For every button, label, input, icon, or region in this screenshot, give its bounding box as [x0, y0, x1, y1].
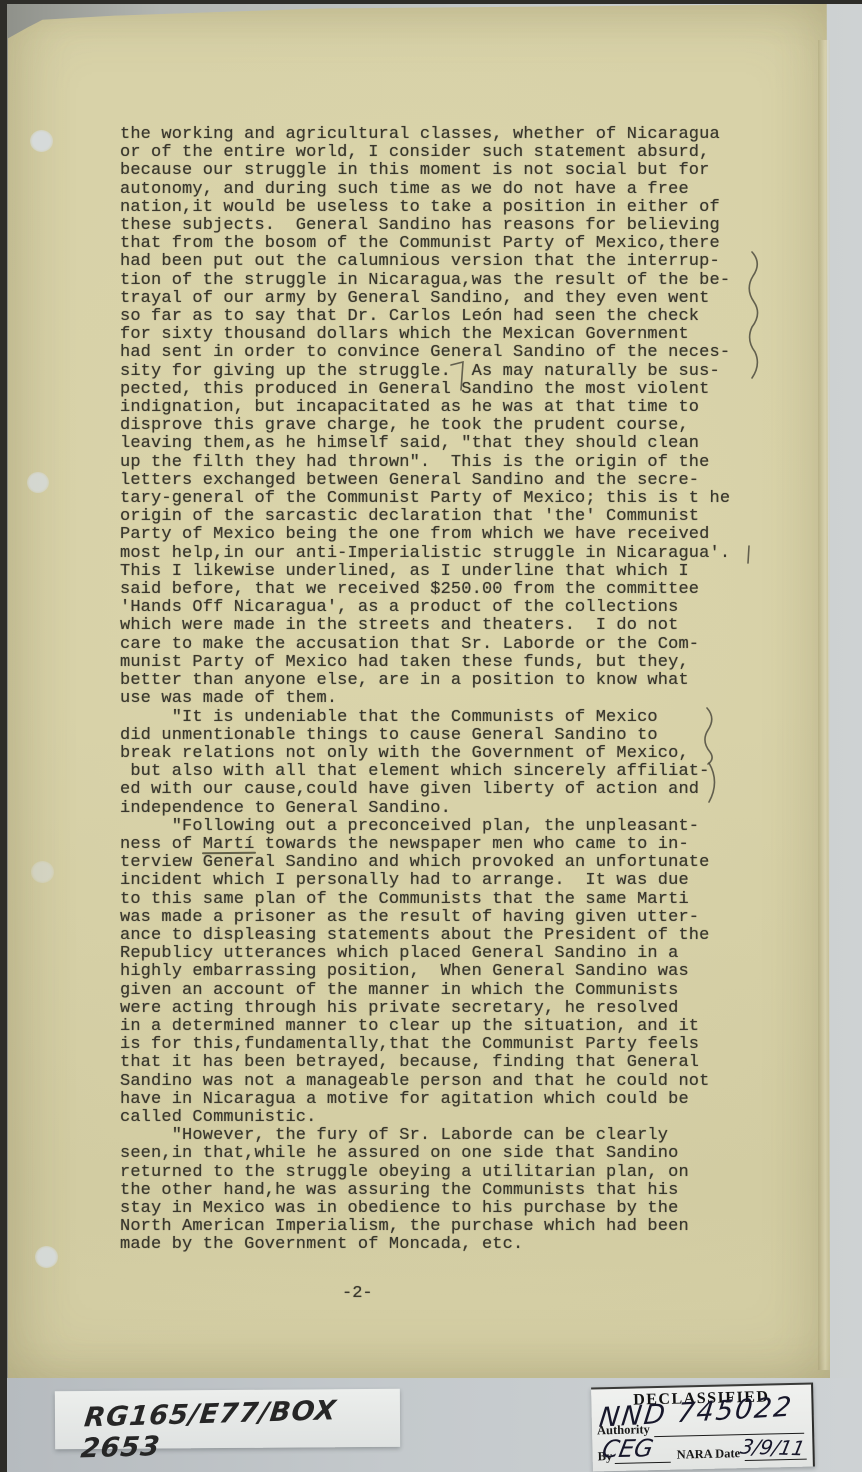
typed-line: for sixty thousand dollars which the Mex… — [120, 326, 780, 344]
typed-line: so far as to say that Dr. Carlos León ha… — [120, 308, 780, 326]
typed-line: in a determined manner to clear up the s… — [120, 1018, 780, 1036]
typed-line: Republicy utterances which placed Genera… — [120, 945, 780, 963]
nara-date-label: NARA Date — [676, 1446, 740, 1462]
typed-line: autonomy, and during such time as we do … — [120, 181, 780, 199]
typed-line: ed with our cause,could have given liber… — [120, 781, 780, 799]
typed-line: because our struggle in this moment is n… — [120, 162, 780, 180]
typed-line: highly embarrassing position, When Gener… — [120, 963, 780, 981]
typed-line: indignation, but incapacitated as he was… — [120, 399, 780, 417]
typed-line: pected, this produced in General Sandino… — [120, 381, 780, 399]
typed-line: trayal of our army by General Sandino, a… — [120, 290, 780, 308]
archive-label-handwriting: RG165/E77/BOX 2653 — [79, 1393, 404, 1464]
typed-line: tary-general of the Communist Party of M… — [120, 490, 780, 508]
typed-line: did unmentionable things to cause Genera… — [120, 727, 780, 745]
typed-line: incident which I personally had to arran… — [120, 872, 780, 890]
typed-line: terview General Sandino and which provok… — [120, 854, 780, 872]
typed-line: that it has been betrayed, because, find… — [120, 1054, 780, 1072]
typed-line: care to make the accusation that Sr. Lab… — [120, 636, 780, 654]
typed-line: "However, the fury of Sr. Laborde can be… — [120, 1127, 780, 1145]
typed-line: use was made of them. — [120, 690, 780, 708]
date-handwritten-value: 3/9/11 — [738, 1434, 807, 1460]
typed-line: leaving them,as he himself said, "that t… — [120, 435, 780, 453]
typed-line: but also with all that element which sin… — [120, 763, 780, 781]
typed-line: Sandino was not a manageable person and … — [120, 1073, 780, 1091]
typed-line: letters exchanged between General Sandin… — [120, 472, 780, 490]
typed-line: the working and agricultural classes, wh… — [120, 126, 780, 144]
typed-line: was made a prisoner as the result of hav… — [120, 909, 780, 927]
typed-line: to this same plan of the Communists that… — [120, 891, 780, 909]
typed-line: which were made in the streets and theat… — [120, 617, 780, 635]
typed-line: tion of the struggle in Nicaragua,was th… — [120, 272, 780, 290]
punch-hole — [35, 1246, 58, 1268]
typed-line: given an account of the manner in which … — [120, 982, 780, 1000]
typed-line: munist Party of Mexico had taken these f… — [120, 654, 780, 672]
typed-line: stay in Mexico was in obedience to his p… — [120, 1200, 780, 1218]
page-number: -2- — [342, 1284, 373, 1303]
typed-line: that from the bosom of the Communist Par… — [120, 235, 780, 253]
typed-line: break relations not only with the Govern… — [120, 745, 780, 763]
punch-hole — [30, 130, 53, 152]
typed-line: better than anyone else, are in a positi… — [120, 672, 780, 690]
typed-line: these subjects. General Sandino has reas… — [120, 217, 780, 235]
declassified-stamp: DECLASSIFIED Authority NND 745022 By CEG… — [591, 1382, 815, 1471]
typed-line: had sent in order to convince General Sa… — [120, 344, 780, 362]
typed-line: called Communistic. — [120, 1109, 780, 1127]
typed-line: is for this,fundamentally,that the Commu… — [120, 1036, 780, 1054]
punch-hole — [31, 861, 54, 883]
typed-line: origin of the sarcastic declaration that… — [120, 508, 780, 526]
typed-line: "Following out a preconceived plan, the … — [120, 818, 780, 836]
typed-line: North American Imperialism, the purchase… — [120, 1218, 780, 1236]
typed-line: returned to the struggle obeying a utili… — [120, 1164, 780, 1182]
typed-line: disprove this grave charge, he took the … — [120, 417, 780, 435]
punch-hole — [27, 472, 49, 493]
typed-line: or of the entire world, I consider such … — [120, 144, 780, 162]
typed-line: up the filth they had thrown". This is t… — [120, 454, 780, 472]
typed-body-text: the working and agricultural classes, wh… — [120, 126, 780, 1255]
typed-line: ance to displeasing statements about the… — [120, 927, 780, 945]
typed-line: had been put out the calumnious version … — [120, 253, 780, 271]
typed-line: This I likewise underlined, as I underli… — [120, 563, 780, 581]
typed-line: made by the Government of Moncada, etc. — [120, 1236, 780, 1254]
typed-line: were acting through his private secretar… — [120, 1000, 780, 1018]
typed-line: nation,it would be useless to take a pos… — [120, 199, 780, 217]
typed-line: the other hand,he was assuring the Commu… — [120, 1182, 780, 1200]
typed-line: seen,in that,while he assured on one sid… — [120, 1145, 780, 1163]
typed-line: most help,in our anti-Imperialistic stru… — [120, 545, 780, 563]
typed-line: "It is undeniable that the Communists of… — [120, 709, 780, 727]
typed-line: said before, that we received $250.00 fr… — [120, 581, 780, 599]
by-handwritten-value: CEG — [600, 1434, 656, 1463]
typed-line: Party of Mexico being the one from which… — [120, 526, 780, 544]
archive-label-slip: RG165/E77/BOX 2653 — [55, 1389, 400, 1449]
typed-line: have in Nicaragua a motive for agitation… — [120, 1091, 780, 1109]
typed-line: independence to General Sandino. — [120, 800, 780, 818]
typed-line: 'Hands Off Nicaragua', as a product of t… — [120, 599, 780, 617]
scanned-document-scene: the working and agricultural classes, wh… — [0, 0, 862, 1472]
typed-line: sity for giving up the struggle. As may … — [120, 363, 780, 381]
